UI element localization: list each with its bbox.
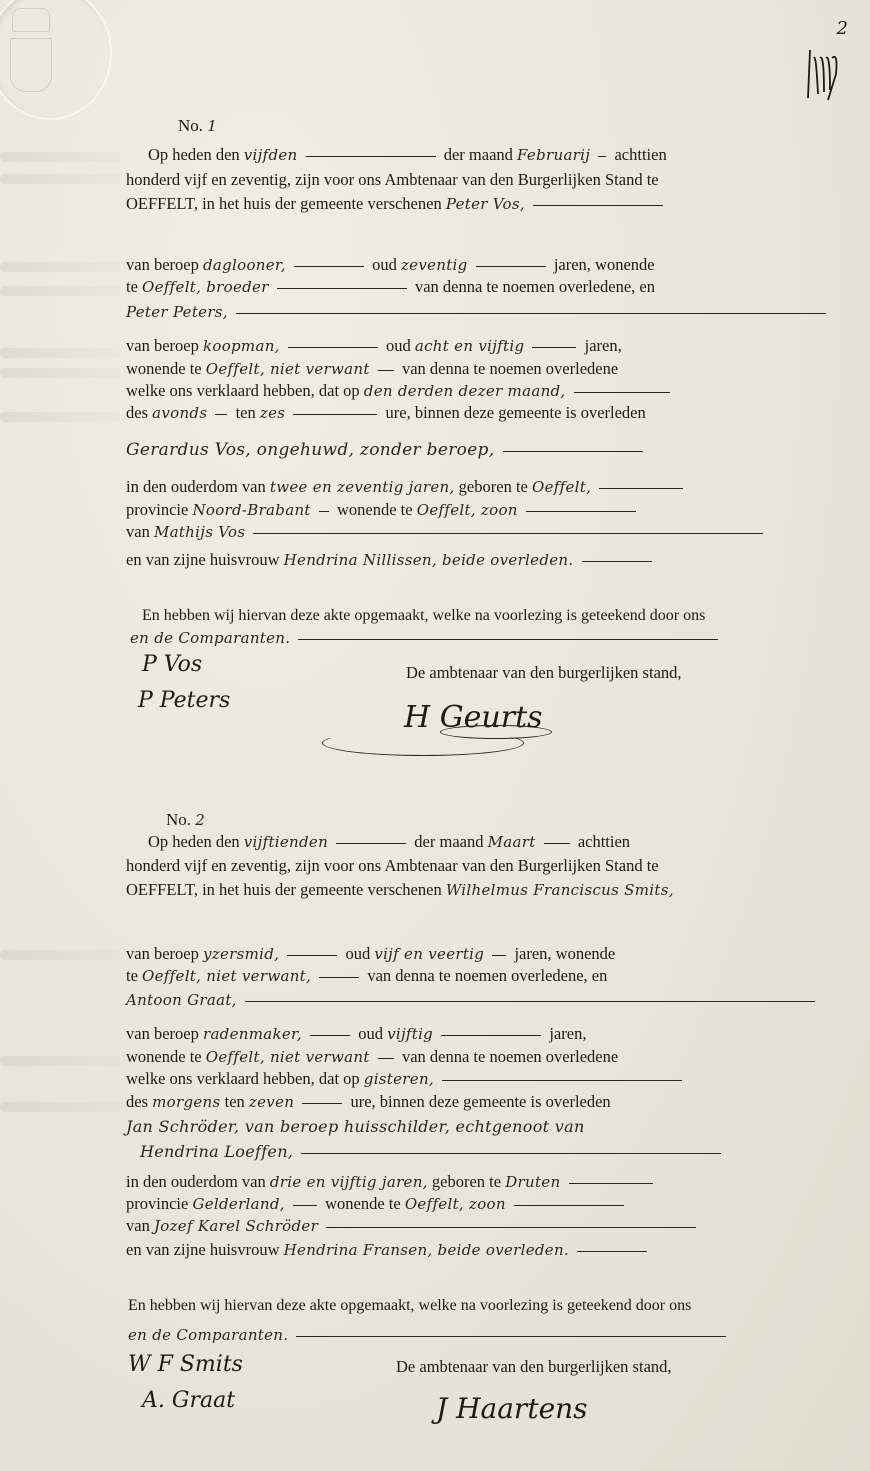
text: der maand bbox=[444, 145, 513, 164]
text: van denna te noemen overledene, en bbox=[367, 966, 607, 985]
record-number-value: 2 bbox=[195, 811, 205, 829]
line-date: Op heden den vijftienden der maand Maart… bbox=[148, 832, 630, 852]
text: Op heden den bbox=[148, 145, 240, 164]
text: te bbox=[126, 277, 138, 296]
daypart-field: avonds bbox=[152, 404, 207, 422]
text: achttien bbox=[614, 145, 666, 164]
father-field: Mathijs Vos bbox=[154, 523, 245, 541]
deceased-field: Gerardus Vos, ongehuwd, zonder beroep, bbox=[126, 440, 494, 460]
record-number: No. 1 bbox=[178, 116, 217, 136]
fill-rule bbox=[598, 156, 606, 157]
text: ure, binnen deze gemeente is overleden bbox=[386, 403, 646, 422]
fill-rule bbox=[245, 1001, 815, 1002]
text: provincie bbox=[126, 1194, 188, 1213]
bleed-through-text bbox=[0, 368, 120, 378]
fill-rule bbox=[287, 955, 337, 956]
line-mother: en van zijne huisvrouw Hendrina Nillisse… bbox=[126, 550, 656, 570]
fill-rule bbox=[288, 347, 378, 348]
line-age-birth: in den ouderdom van twee en zeventig jar… bbox=[126, 477, 687, 497]
shield-icon bbox=[10, 38, 52, 92]
fill-rule bbox=[298, 639, 718, 640]
fill-rule bbox=[441, 1035, 541, 1036]
line-occupation1: van beroep yzersmid, oud vijf en veertig… bbox=[126, 944, 615, 964]
month-field: Februarij bbox=[517, 146, 590, 164]
bleed-through-text bbox=[0, 1102, 120, 1112]
fill-rule bbox=[301, 1153, 721, 1154]
signature-flourish-icon bbox=[440, 725, 552, 739]
comparant1-field: Wilhelmus Franciscus Smits, bbox=[446, 881, 674, 899]
bleed-through-text bbox=[0, 286, 120, 296]
text: van denna te noemen overledene, en bbox=[415, 277, 655, 296]
birthplace-field: Druten bbox=[505, 1173, 560, 1191]
residence-field: Oeffelt, broeder bbox=[142, 278, 269, 296]
spouse-field: Hendrina Loeffen, bbox=[140, 1142, 293, 1161]
closing-handwritten: en de Comparanten. bbox=[130, 629, 290, 647]
fill-rule bbox=[302, 1103, 342, 1104]
text: des bbox=[126, 403, 148, 422]
text: der maand bbox=[414, 832, 483, 851]
text: van beroep bbox=[126, 255, 199, 274]
fill-rule bbox=[577, 1251, 647, 1252]
day-field: vijftienden bbox=[244, 833, 328, 851]
bleed-through-text bbox=[0, 950, 120, 960]
fill-rule bbox=[378, 1058, 394, 1059]
text: en van zijne huisvrouw bbox=[126, 1240, 280, 1259]
line-spouse: Hendrina Loeffen, bbox=[140, 1142, 725, 1162]
text: des bbox=[126, 1092, 148, 1111]
death-date-field: gisteren, bbox=[364, 1070, 434, 1088]
residence-field: Oeffelt, zoon bbox=[417, 501, 518, 519]
text: ten bbox=[225, 1092, 245, 1111]
fill-rule bbox=[582, 561, 652, 562]
signature-comparant1: W F Smits bbox=[128, 1352, 243, 1377]
text: van denna te noemen overledene bbox=[402, 1047, 618, 1066]
daypart-field: morgens bbox=[152, 1093, 220, 1111]
text: Op heden den bbox=[148, 832, 240, 851]
fill-rule bbox=[326, 1227, 696, 1228]
month-field: Maart bbox=[488, 833, 536, 851]
text: en van zijne huisvrouw bbox=[126, 550, 280, 569]
fill-rule bbox=[293, 414, 377, 415]
text: van beroep bbox=[126, 944, 199, 963]
coat-of-arms-seal-icon bbox=[0, 0, 112, 120]
fill-rule bbox=[492, 955, 506, 956]
text: wonende te bbox=[337, 500, 413, 519]
text: wonende te bbox=[126, 1047, 202, 1066]
line-comparant1: OEFFELT, in het huis der gemeente versch… bbox=[126, 194, 667, 214]
line-deceased: Gerardus Vos, ongehuwd, zonder beroep, bbox=[126, 440, 647, 460]
line-province: provincie Noord-Brabant wonende te Oeffe… bbox=[126, 500, 640, 520]
text: jaren, bbox=[549, 1024, 586, 1043]
occupation-field: radenmaker, bbox=[203, 1025, 302, 1043]
hour-field: zes bbox=[260, 404, 285, 422]
occupation-field: yzersmid, bbox=[203, 945, 279, 963]
age-field: vijf en veertig bbox=[374, 945, 484, 963]
occupation-field: daglooner, bbox=[203, 256, 286, 274]
bleed-through-text bbox=[0, 262, 120, 272]
fill-rule bbox=[336, 843, 406, 844]
text: wonende te bbox=[325, 1194, 401, 1213]
text: oud bbox=[386, 336, 411, 355]
fill-rule bbox=[599, 488, 683, 489]
age-field: acht en vijftig bbox=[415, 337, 525, 355]
text: achttien bbox=[578, 832, 630, 851]
text: van beroep bbox=[126, 1024, 199, 1043]
fill-rule bbox=[574, 392, 670, 393]
closing-text: En hebben wij hiervan deze akte opgemaak… bbox=[128, 1296, 691, 1316]
line-father: van Jozef Karel Schröder bbox=[126, 1216, 700, 1236]
comparant2-field: Antoon Graat, bbox=[126, 991, 237, 1009]
fill-rule bbox=[296, 1336, 726, 1337]
age-field: vijftig bbox=[387, 1025, 433, 1043]
text: provincie bbox=[126, 500, 188, 519]
fill-rule bbox=[319, 511, 329, 512]
line-province: provincie Gelderland, wonende te Oeffelt… bbox=[126, 1194, 628, 1214]
day-field: vijfden bbox=[244, 146, 298, 164]
text: van denna te noemen overledene bbox=[402, 359, 618, 378]
comparant2-field: Peter Peters, bbox=[126, 303, 228, 321]
age-field: zeventig bbox=[401, 256, 468, 274]
text: oud bbox=[372, 255, 397, 274]
bleed-through-text bbox=[0, 152, 120, 162]
line-deceased: Jan Schröder, van beroep huisschilder, e… bbox=[126, 1117, 585, 1137]
bleed-through-text bbox=[0, 174, 120, 184]
line-mother: en van zijne huisvrouw Hendrina Fransen,… bbox=[126, 1240, 651, 1260]
province-field: Noord-Brabant bbox=[192, 501, 310, 519]
record-number-value: 1 bbox=[207, 117, 217, 135]
fill-rule bbox=[503, 451, 643, 452]
text: welke ons verklaard hebben, dat op bbox=[126, 1069, 360, 1088]
line-occupation2: van beroep radenmaker, oud vijftig jaren… bbox=[126, 1024, 586, 1044]
line-closing-hw: en de Comparanten. bbox=[130, 628, 722, 648]
fill-rule bbox=[532, 347, 576, 348]
fill-rule bbox=[253, 533, 763, 534]
age-field: twee en zeventig jaren, bbox=[270, 478, 455, 496]
text: jaren, bbox=[585, 336, 622, 355]
residence-field: Oeffelt, zoon bbox=[405, 1195, 506, 1213]
text: van bbox=[126, 1216, 150, 1235]
fill-rule bbox=[514, 1205, 624, 1206]
hour-field: zeven bbox=[249, 1093, 294, 1111]
line-age-birth: in den ouderdom van drie en vijftig jare… bbox=[126, 1172, 657, 1192]
line-closing-hw: en de Comparanten. bbox=[128, 1325, 730, 1345]
line-intro: honderd vijf en zeventig, zijn voor ons … bbox=[126, 170, 659, 190]
text: geboren te bbox=[432, 1172, 501, 1191]
age-field: drie en vijftig jaren, bbox=[270, 1173, 428, 1191]
text: OEFFELT, in het huis der gemeente versch… bbox=[126, 880, 442, 899]
fill-rule bbox=[236, 313, 826, 314]
line-father: van Mathijs Vos bbox=[126, 522, 767, 542]
fill-rule bbox=[533, 205, 663, 206]
fill-rule bbox=[293, 1205, 317, 1206]
bleed-through-text bbox=[0, 412, 120, 422]
mother-field: Hendrina Fransen, beide overleden. bbox=[284, 1241, 569, 1259]
text: jaren, wonende bbox=[514, 944, 615, 963]
text: in den ouderdom van bbox=[126, 477, 266, 496]
birthplace-field: Oeffelt, bbox=[532, 478, 591, 496]
text: oud bbox=[345, 944, 370, 963]
document-page: 2 No. 1 Op heden den vijfden der maand F… bbox=[0, 0, 870, 1471]
record-number: No. 2 bbox=[166, 810, 205, 830]
signature-comparant1: P Vos bbox=[142, 652, 202, 677]
number-label: No. bbox=[178, 116, 203, 135]
mother-field: Hendrina Nillissen, beide overleden. bbox=[284, 551, 574, 569]
fill-rule bbox=[319, 977, 359, 978]
number-label: No. bbox=[166, 810, 191, 829]
deceased-field: Jan Schröder, van beroep huisschilder, e… bbox=[126, 1117, 585, 1136]
line-residence2: wonende te Oeffelt, niet verwant van den… bbox=[126, 1047, 618, 1067]
line-occupation1: van beroep daglooner, oud zeventig jaren… bbox=[126, 255, 655, 275]
crown-icon bbox=[12, 8, 50, 32]
text: in den ouderdom van bbox=[126, 1172, 266, 1191]
line-intro: honderd vijf en zeventig, zijn voor ons … bbox=[126, 856, 659, 876]
father-field: Jozef Karel Schröder bbox=[154, 1217, 318, 1235]
death-date-field: den derden dezer maand, bbox=[364, 382, 566, 400]
text: jaren, wonende bbox=[554, 255, 655, 274]
text: oud bbox=[358, 1024, 383, 1043]
fill-rule bbox=[569, 1183, 653, 1184]
fill-rule bbox=[378, 370, 394, 371]
text: geboren te bbox=[459, 477, 528, 496]
page-number: 2 bbox=[837, 18, 848, 39]
line-comparant2: Peter Peters, bbox=[126, 302, 830, 322]
official-label: De ambtenaar van den burgerlijken stand, bbox=[406, 663, 682, 683]
residence-field: Oeffelt, niet verwant bbox=[206, 1048, 370, 1066]
line-death-date: welke ons verklaard hebben, dat op den d… bbox=[126, 381, 674, 401]
text: te bbox=[126, 966, 138, 985]
text: van bbox=[126, 522, 150, 541]
fill-rule bbox=[306, 156, 436, 157]
closing-text: En hebben wij hiervan deze akte opgemaak… bbox=[142, 606, 705, 626]
line-death-time: des avonds ten zes ure, binnen deze geme… bbox=[126, 403, 646, 423]
bleed-through-text bbox=[0, 348, 120, 358]
signature-comparant2: P Peters bbox=[138, 688, 230, 713]
official-label: De ambtenaar van den burgerlijken stand, bbox=[396, 1357, 672, 1377]
fill-rule bbox=[442, 1080, 682, 1081]
text: ure, binnen deze gemeente is overleden bbox=[350, 1092, 610, 1111]
line-occupation2: van beroep koopman, oud acht en vijftig … bbox=[126, 336, 622, 356]
fill-rule bbox=[544, 843, 570, 844]
text: welke ons verklaard hebben, dat op bbox=[126, 381, 360, 400]
fill-rule bbox=[215, 414, 227, 415]
line-comparant2: Antoon Graat, bbox=[126, 990, 819, 1010]
fill-rule bbox=[294, 266, 364, 267]
text: OEFFELT, in het huis der gemeente versch… bbox=[126, 194, 442, 213]
fill-rule bbox=[476, 266, 546, 267]
text: wonende te bbox=[126, 359, 202, 378]
comparant1-field: Peter Vos, bbox=[446, 195, 525, 213]
text: van beroep bbox=[126, 336, 199, 355]
closing-handwritten: en de Comparanten. bbox=[128, 1326, 288, 1344]
signature-official: J Haartens bbox=[436, 1392, 588, 1425]
province-field: Gelderland, bbox=[192, 1195, 284, 1213]
line-residence1: te Oeffelt, broeder van denna te noemen … bbox=[126, 277, 655, 297]
fill-rule bbox=[277, 288, 407, 289]
page-flourish-icon bbox=[806, 44, 840, 102]
line-date: Op heden den vijfden der maand Februarij… bbox=[148, 145, 667, 165]
line-residence2: wonende te Oeffelt, niet verwant van den… bbox=[126, 359, 618, 379]
line-comparant1: OEFFELT, in het huis der gemeente versch… bbox=[126, 880, 674, 900]
occupation-field: koopman, bbox=[203, 337, 280, 355]
line-death-time: des morgens ten zeven ure, binnen deze g… bbox=[126, 1092, 611, 1112]
line-residence1: te Oeffelt, niet verwant, van denna te n… bbox=[126, 966, 607, 986]
fill-rule bbox=[310, 1035, 350, 1036]
residence-field: Oeffelt, niet verwant, bbox=[142, 967, 311, 985]
line-death-date: welke ons verklaard hebben, dat op giste… bbox=[126, 1069, 686, 1089]
residence-field: Oeffelt, niet verwant bbox=[206, 360, 370, 378]
signature-comparant2: A. Graat bbox=[142, 1388, 235, 1413]
text: ten bbox=[236, 403, 256, 422]
bleed-through-text bbox=[0, 1056, 120, 1066]
fill-rule bbox=[526, 511, 636, 512]
